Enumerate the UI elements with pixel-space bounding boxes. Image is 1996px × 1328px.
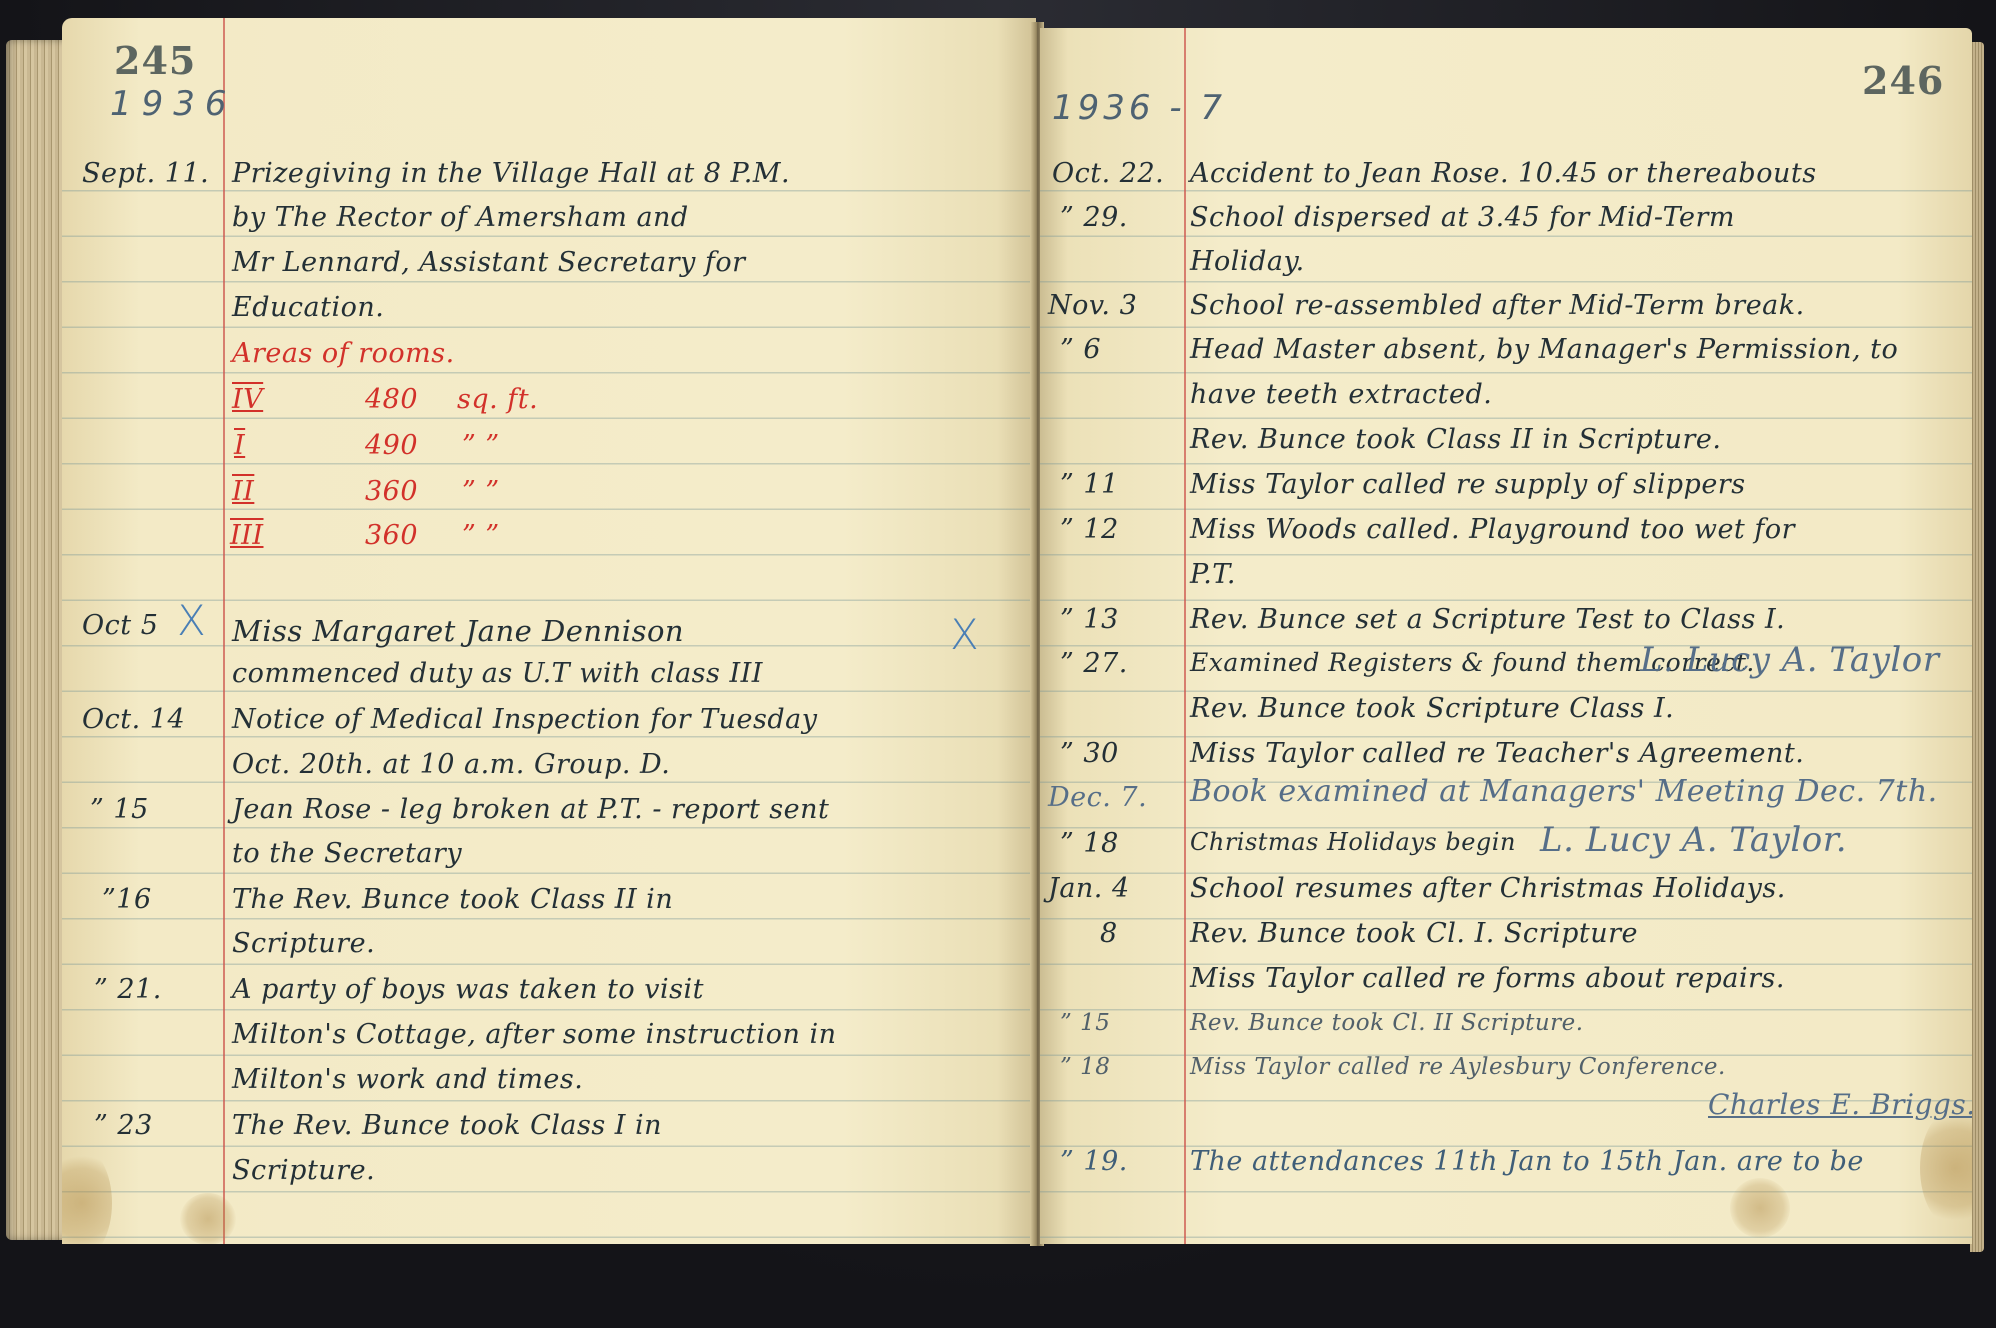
- page-year: 1936: [110, 84, 237, 124]
- entry-date: ” 13: [1060, 604, 1119, 635]
- entry-line: Rev. Bunce took Cl. I. Scripture: [1190, 918, 1638, 949]
- water-stain: [180, 1193, 236, 1244]
- entry-date: Jan. 4: [1048, 873, 1130, 904]
- room-area: 360: [365, 476, 418, 507]
- entry-date: ” 15: [90, 794, 149, 825]
- entry-date: Oct. 22.: [1052, 158, 1164, 189]
- entry-date: ” 27.: [1060, 648, 1128, 679]
- entry-date: Oct. 14: [82, 704, 185, 735]
- room-unit: sq. ft.: [457, 384, 538, 415]
- room-unit: ” ”: [462, 476, 500, 507]
- entry-date: ” 23: [94, 1110, 153, 1141]
- entry-date: ” 19.: [1060, 1146, 1128, 1177]
- page-stack-left: [6, 40, 66, 1240]
- entry-line: Milton's work and times.: [232, 1064, 583, 1095]
- blue-x-mark: X: [950, 610, 979, 659]
- entry-line: The attendances 11th Jan to 15th Jan. ar…: [1190, 1146, 1864, 1177]
- inspector-signature: L. Lucy A. Taylor: [1640, 640, 1940, 680]
- entry-date: ” 29.: [1060, 202, 1128, 233]
- entry-date: Oct 5: [82, 610, 158, 641]
- entry-date: ” 21.: [94, 974, 162, 1005]
- entry-date: ”16: [102, 884, 152, 915]
- entry-line: Scripture.: [232, 1155, 375, 1186]
- room-class: I: [234, 430, 245, 461]
- entry-line: Holiday.: [1190, 246, 1305, 277]
- entry-date: ” 30: [1060, 738, 1119, 769]
- entry-date: 8: [1100, 918, 1118, 949]
- entry-line: Education.: [232, 292, 384, 323]
- room-unit: ” ”: [462, 430, 500, 461]
- entry-line: by The Rector of Amersham and: [232, 202, 689, 233]
- entry-line: commenced duty as U.T with class III: [232, 658, 763, 689]
- headmaster-signature: Charles E. Briggs.: [1708, 1088, 1972, 1121]
- entry-line: A party of boys was taken to visit: [232, 974, 704, 1005]
- room-areas-heading: Areas of rooms.: [232, 338, 455, 369]
- entry-line: School dispersed at 3.45 for Mid-Term: [1190, 202, 1735, 233]
- entry-line: Miss Taylor called re Teacher's Agreemen…: [1190, 738, 1804, 769]
- entry-line: School resumes after Christmas Holidays.: [1190, 873, 1786, 904]
- entry-line: Accident to Jean Rose. 10.45 or thereabo…: [1190, 158, 1817, 189]
- page-stack-right: [1970, 42, 1984, 1252]
- room-class: IV: [232, 384, 263, 415]
- water-stain: [1730, 1178, 1790, 1238]
- entry-line: Scripture.: [232, 928, 375, 959]
- entry-date: Dec. 7.: [1048, 782, 1147, 813]
- entry-date: ” 15: [1060, 1010, 1110, 1036]
- room-area: 360: [365, 520, 418, 551]
- entry-line: Rev. Bunce took Class II in Scripture.: [1190, 424, 1722, 455]
- entry-line: Miss Taylor called re forms about repair…: [1190, 963, 1785, 994]
- entry-line: Christmas Holidays begin: [1190, 828, 1516, 856]
- left-page: 245 1936 Sept. 11. Prizegiving in the Vi…: [62, 18, 1036, 1244]
- blue-x-mark: X: [177, 596, 206, 645]
- margin-rule: [223, 18, 225, 1244]
- entry-line: Miss Taylor called re Aylesbury Conferen…: [1190, 1054, 1726, 1080]
- entry-date: ” 18: [1060, 828, 1119, 859]
- inspector-signature: L. Lucy A. Taylor.: [1540, 820, 1847, 860]
- entry-line: Book examined at Managers' Meeting Dec. …: [1190, 774, 1938, 809]
- page-number: 245: [114, 38, 196, 83]
- entry-line: Milton's Cottage, after some instruction…: [232, 1019, 836, 1050]
- room-area: 490: [365, 430, 418, 461]
- entry-date: Nov. 3: [1048, 290, 1137, 321]
- entry-date: ” 11: [1060, 469, 1119, 500]
- room-class: III: [230, 520, 264, 551]
- entry-line: Rev. Bunce took Scripture Class I.: [1190, 693, 1674, 724]
- entry-line: Miss Taylor called re supply of slippers: [1190, 469, 1746, 500]
- entry-line: Head Master absent, by Manager's Permiss…: [1190, 334, 1898, 365]
- entry-line: Miss Margaret Jane Dennison: [232, 614, 684, 648]
- entry-line: School re-assembled after Mid-Term break…: [1190, 290, 1805, 321]
- page-year: 1936 - 7: [1052, 88, 1226, 128]
- entry-date: ” 6: [1060, 334, 1101, 365]
- margin-rule: [1184, 28, 1186, 1244]
- entry-line: Rev. Bunce set a Scripture Test to Class…: [1190, 604, 1785, 635]
- entry-line: The Rev. Bunce took Class II in: [232, 884, 673, 915]
- room-area: 480: [365, 384, 418, 415]
- entry-line: have teeth extracted.: [1190, 379, 1492, 410]
- entry-line: Miss Woods called. Playground too wet fo…: [1190, 514, 1795, 545]
- entry-line: Jean Rose - leg broken at P.T. - report …: [232, 794, 829, 825]
- entry-line: to the Secretary: [232, 838, 462, 869]
- entry-line: Notice of Medical Inspection for Tuesday: [232, 704, 817, 735]
- entry-line: P.T.: [1190, 559, 1236, 590]
- entry-line: The Rev. Bunce took Class I in: [232, 1110, 662, 1141]
- page-number: 246: [1862, 58, 1944, 103]
- entry-line: Prizegiving in the Village Hall at 8 P.M…: [232, 158, 790, 189]
- entry-line: Rev. Bunce took Cl. II Scripture.: [1190, 1010, 1584, 1036]
- room-unit: ” ”: [462, 520, 500, 551]
- room-class: II: [232, 476, 254, 507]
- entry-date: ” 18: [1060, 1054, 1110, 1080]
- entry-date: Sept. 11.: [82, 158, 209, 189]
- entry-date: ” 12: [1060, 514, 1119, 545]
- entry-line: Mr Lennard, Assistant Secretary for: [232, 247, 746, 278]
- entry-line: Oct. 20th. at 10 a.m. Group. D.: [232, 749, 670, 780]
- right-page: 246 1936 - 7 Oct. 22. Accident to Jean R…: [1040, 28, 1972, 1244]
